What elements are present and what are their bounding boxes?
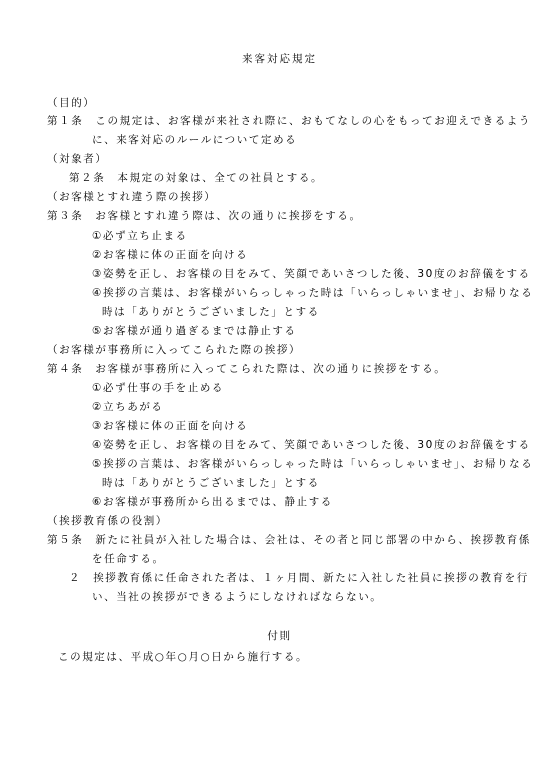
document-line: 第５条 新たに社員が入社した場合は、会社は、その者と同じ部署の中から、挨拶教育係 [47,533,531,547]
document-line: ⑤挨拶の言葉は、お客様がいらっしゃった時は「いらっしゃいませ」、お帰りなる [92,457,533,471]
document-line: （お客様とすれ違う際の挨拶） [47,190,216,204]
document-line: ⑤お客様が通り過ぎるまでは静止する [92,324,297,338]
document-line: ⑥お客様が事務所から出るまでは、静止する [92,495,333,509]
document-line: 第３条 お客様とすれ違う際は、次の通りに挨拶をする。 [47,209,362,223]
document-line: ③姿勢を正し、お客様の目をみて、笑顔であいさつした後、30度のお辞儀をする [92,267,531,281]
document-line: い、当社の挨拶ができるようにしなければならない。 [92,590,382,604]
document-line: 第４条 お客様が事務所に入ってこられた際は、次の通りに挨拶をする。 [47,362,446,376]
document-line: ③お客様に体の正面を向ける [92,419,248,433]
document-line: （お客様が事務所に入ってこられた際の挨拶） [47,343,301,357]
document-line: ②お客様に体の正面を向ける [92,248,248,262]
document-line: ④挨拶の言葉は、お客様がいらっしゃった時は「いらっしゃいませ」、お帰りなる [92,286,533,300]
document-line: 第２条 本規定の対象は、全ての社員とする。 [69,171,323,185]
document-line: 時は「ありがとうございました」とする [102,305,320,319]
appendix-title: 付則 [0,629,559,643]
document-line: 第１条 この規定は、お客様が来社され際に、おもてなしの心をもってお迎えできるよう [47,114,531,128]
document-line: ①必ず立ち止まる [92,229,188,243]
document-line: （対象者） [47,152,108,166]
document-title: 来客対応規定 [0,52,559,66]
document-line: ①必ず仕事の手を止める [92,381,224,395]
document-line: ②立ちあがる [92,400,164,414]
document-line: に、来客対応のルールについて定める [92,133,297,147]
document-line: 時は「ありがとうございました」とする [102,476,320,490]
document-line: （目的） [47,96,95,110]
document-line: ２ 挨拶教育係に任命された者は、１ヶ月間、新たに入社した社員に挨拶の教育を行 [69,571,529,585]
document-line: ④姿勢を正し、お客様の目をみて、笑顔であいさつした後、30度のお辞儀をする [92,438,531,452]
document-line: （挨拶教育係の役割） [47,514,168,528]
appendix-text: この規定は、平成○年○月○日から施行する。 [58,650,308,664]
document-line: を任命する。 [92,552,165,566]
